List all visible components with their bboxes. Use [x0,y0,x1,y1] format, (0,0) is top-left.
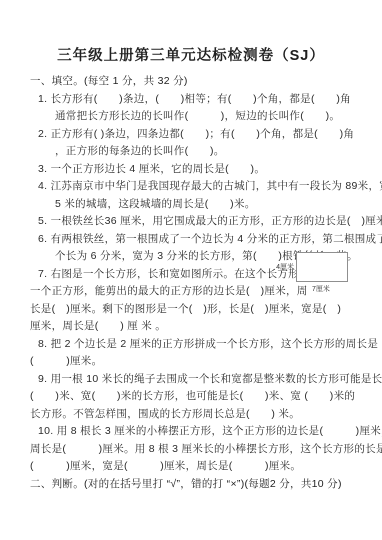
text-line: 4. 江苏南京市中华门是我国现存最大的古城门，其中有一段长为 89米，宽为 [38,178,356,196]
text-line: 10. 用 8 根长 3 厘米的小棒摆正方形，这个正方形的边长是( )厘米， [38,423,356,441]
section-header: 一、填空。(每空 1 分，共 32 分) [30,73,356,91]
text-line: 1. 长方形有( )条边，( )相等；有( )个角，都是( )角 [38,91,356,109]
text-line: 8. 把 2 个边长是 2 厘米的正方形拼成一个长方形，这个长方形的周长是 [38,336,356,354]
text-line: ( )厘米，宽是( )厘米，周长是( )厘米。 [30,458,356,476]
text-line: 周长是( )厘米。用 8 根 3 厘米长的小棒摆长方形，这个长方形的长是 [30,441,356,459]
text-line: 6. 有两根铁丝，第一根围成了一个边长为 4 分米的正方形，第二根围成了一 [38,231,356,249]
text-line: 长方形。不管怎样围，围成的长方形周长总是( ) 米。 [30,406,356,424]
rectangle-length-label: 7厘米 [312,284,330,294]
test-paper-page: 三年级上册第三单元达标检测卷（SJ） 一、填空。(每空 1 分，共 32 分)1… [0,0,382,540]
text-line: 2. 正方形有( )条边，四条边都( )；有( )个角，都是( )角 [38,126,356,144]
section-header: 二、判断。(对的在括号里打 “√”，错的打 “×”)(每题2 分，共10 分) [30,476,356,494]
text-line: 5. 一根铁丝长36 厘米，用它围成最大的正方形，正方形的边长是( )厘米。 [38,213,356,231]
text-line: 长是( )厘米。剩下的图形是一个( )形，长是( )厘米，宽是( ) [30,301,356,319]
rectangle-figure: 4厘米 7厘米 [296,252,348,282]
text-line: 5 米的城墙，这段城墙的周长是( )米。 [55,196,356,214]
page-title: 三年级上册第三单元达标检测卷（SJ） [0,46,382,66]
text-line: 3. 一个正方形边长 4 厘米，它的周长是( )。 [38,161,356,179]
text-line: 厘米，周长是( ) 厘 米 。 [30,318,356,336]
text-line: 9. 用一根 10 米长的绳子去围成一个长和宽都是整米数的长方形可能是长 [38,371,356,389]
rectangle-width-label: 4厘米 [276,262,294,272]
text-line: ( )米、宽( )米的长方形，也可能是长( )米、宽 ( )米的 [30,388,356,406]
text-line: 通常把长方形长边的长叫作( )，短边的长叫作( )。 [55,108,356,126]
text-line: ( )厘米。 [30,353,356,371]
lines: 一、填空。(每空 1 分，共 32 分)1. 长方形有( )条边，( )相等；有… [0,73,382,493]
text-line: 一个正方形，能剪出的最大的正方形的边长是( )厘米，周 [30,283,356,301]
text-line: ，正方形的每条边的长叫作( )。 [55,143,356,161]
